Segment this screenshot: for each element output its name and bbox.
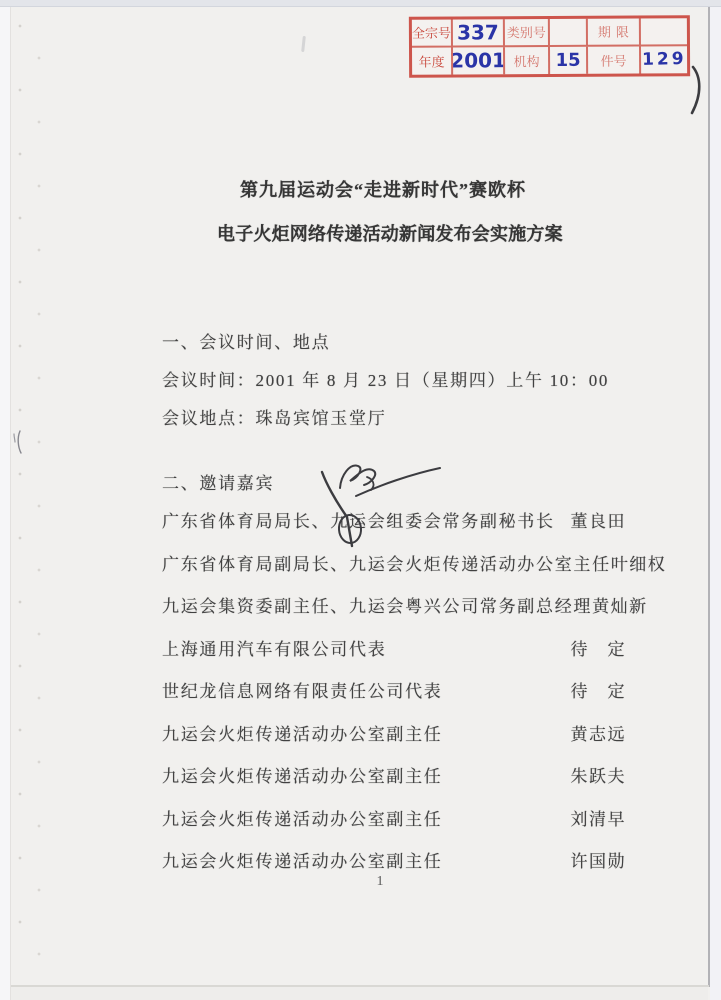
stamp-label-qixian: 期限 [593, 22, 634, 41]
scan-edge-left [0, 7, 11, 1000]
section1-heading: 一、会议时间、地点 [162, 333, 330, 352]
guest-title: 上海通用汽车有限公司代表 [162, 640, 386, 659]
scan-edge-top [0, 0, 721, 7]
stamp-label-leibiehao: 类别号 [507, 22, 546, 41]
archive-stamp: 全宗号 337 类别号 期限 年度 2001 机构 15 件号 129 [409, 15, 690, 77]
stamp-value-year: 2001 [453, 48, 505, 72]
page-number: 1 [345, 874, 415, 890]
guest-title: 广东省体育局副局长、九运会火炬传递活动办公室主任 [162, 555, 611, 574]
guest-name: 许国勋 [571, 852, 627, 871]
guest-name: 黄志远 [571, 725, 627, 744]
guest-row: 九运会火炬传递活动办公室副主任 刘清早 [162, 810, 626, 853]
meeting-venue-line: 会议地点：珠岛宾馆玉堂厅 [162, 409, 386, 428]
guest-title: 世纪龙信息网络有限责任公司代表 [162, 682, 443, 701]
guest-title: 九运会火炬传递活动办公室副主任 [162, 767, 443, 786]
guest-name: 黄灿新 [592, 597, 648, 616]
guest-name: 待 定 [571, 640, 627, 659]
section2-heading: 二、邀请嘉宾 [162, 474, 274, 493]
scan-smudge [301, 36, 306, 52]
guest-name: 董良田 [571, 512, 627, 531]
meeting-time-line: 会议时间：2001 年 8 月 23 日（星期四）上午 10：00 [162, 371, 609, 390]
guest-name: 叶细权 [611, 555, 667, 574]
stamp-value-org-number: 15 [555, 50, 580, 71]
stamp-label-jianhao: 件号 [601, 50, 627, 69]
guest-row: 九运会集资委副主任、九运会粤兴公司常务副总经理 黄灿新 [162, 597, 626, 640]
guest-row: 上海通用汽车有限公司代表 待 定 [162, 640, 626, 683]
guest-title: 九运会集资委副主任、九运会粤兴公司常务副总经理 [162, 597, 592, 616]
stamp-label-niandu: 年度 [419, 51, 445, 70]
stamp-label-jigou: 机构 [514, 51, 540, 70]
guest-name: 刘清早 [571, 810, 627, 829]
scan-edge-bottom [11, 987, 708, 1000]
guest-row: 世纪龙信息网络有限责任公司代表 待 定 [162, 682, 626, 725]
guest-row: 九运会火炬传递活动办公室副主任 朱跃夫 [162, 767, 626, 810]
guest-row: 九运会火炬传递活动办公室副主任 黄志远 [162, 725, 626, 768]
stamp-value-item-number: 129 [642, 49, 687, 70]
guest-name: 朱跃夫 [571, 767, 627, 786]
guest-list: 广东省体育局局长、九运会组委会常务副秘书长 董良田 广东省体育局副局长、九运会火… [162, 512, 626, 895]
stamp-value-fonds-number: 337 [457, 20, 499, 44]
guest-name: 待 定 [571, 682, 627, 701]
guest-row: 广东省体育局副局长、九运会火炬传递活动办公室主任 叶细权 [162, 555, 626, 598]
guest-title: 九运会火炬传递活动办公室副主任 [162, 725, 443, 744]
document-title-line2: 电子火炬网络传递活动新闻发布会实施方案 [217, 220, 563, 246]
scan-edge-right [710, 7, 721, 1000]
stamp-label-quanzonghao: 全宗号 [412, 23, 451, 42]
binding-perforation-dots [12, 18, 54, 980]
guest-row: 广东省体育局局长、九运会组委会常务副秘书长 董良田 [162, 512, 626, 555]
guest-title: 广东省体育局局长、九运会组委会常务副秘书长 [162, 512, 555, 531]
guest-title: 九运会火炬传递活动办公室副主任 [162, 810, 443, 829]
scanned-document-page: 全宗号 337 类别号 期限 年度 2001 机构 15 件号 129 第九届运… [0, 0, 721, 1000]
guest-title: 九运会火炬传递活动办公室副主任 [162, 852, 443, 871]
document-title-line1: 第九届运动会“走进新时代”赛欧杯 [240, 176, 526, 202]
